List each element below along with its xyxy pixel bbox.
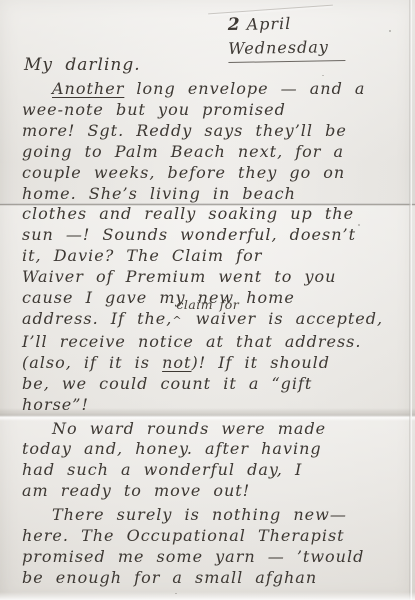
date-day: 2 (228, 15, 241, 35)
handwritten-line: going to Palm Beach next, for a (22, 142, 389, 163)
insertion-anchor: ^claim for (172, 309, 183, 328)
handwritten-line: There surely is nothing new— (22, 505, 389, 526)
handwritten-line-with-insertion: address. If the,^claim for waiver is acc… (22, 309, 389, 332)
handwritten-line: here. The Occupational Therapist (22, 526, 389, 547)
paper-speck (389, 30, 391, 32)
letter-body: Another long envelope — and a wee-note b… (22, 79, 389, 589)
handwritten-line: more! Sgt. Reddy says they’ll be (22, 121, 389, 142)
handwritten-line: (also, if it is not)! If it should (22, 353, 389, 374)
handwritten-line: No ward rounds were made (22, 419, 389, 440)
date-weekday: Wednesday (228, 35, 345, 63)
handwritten-line: couple weeks, before they go on (22, 163, 389, 184)
handwritten-line: clothes and really soaking up the (22, 204, 389, 225)
inserted-words-above-line: claim for (176, 295, 239, 316)
weekday-line: Wednesday (228, 35, 345, 63)
handwritten-line: home. She’s living in beach (22, 184, 389, 205)
line-text: (also, if it is (22, 353, 162, 372)
handwritten-line: am ready to move out! (22, 481, 389, 502)
date-block: 2April Wednesday (228, 11, 346, 63)
handwritten-line: horse”! (22, 395, 389, 416)
handwritten-line: promised me some yarn — ’twould (22, 547, 389, 568)
paper-speck (322, 75, 324, 76)
handwritten-line: it, Davie? The Claim for (22, 246, 389, 267)
paper-sheet: 2April Wednesday My darling. Another lon… (0, 0, 415, 600)
handwritten-line: wee-note but you promised (22, 100, 389, 121)
date-month: April (246, 14, 291, 34)
handwritten-line: sun —! Sounds wonderful, doesn’t (22, 225, 389, 246)
salutation: My darling. (24, 55, 141, 75)
paragraph-1: Another long envelope — and a wee-note b… (22, 79, 389, 416)
handwritten-line: Another long envelope — and a (22, 79, 389, 100)
date-line: 2April (228, 11, 345, 37)
line-text: )! If it should (191, 353, 330, 372)
paragraph-3: There surely is nothing new— here. The O… (22, 505, 389, 589)
underlined-word: not (162, 353, 191, 372)
paper-edge-right (409, 0, 412, 600)
paper-speck (175, 593, 177, 594)
handwritten-line: today and, honey. after having (22, 439, 389, 460)
paragraph-2: No ward rounds were made today and, hone… (22, 419, 389, 503)
line-text: address. If the, (22, 309, 172, 328)
line-text: long envelope — and a (124, 79, 365, 98)
handwritten-line: Waiver of Premium went to you (22, 267, 389, 288)
handwritten-line: be enough for a small afghan (22, 568, 389, 589)
handwritten-line: had such a wonderful day, I (22, 460, 389, 481)
underlined-word: Another (52, 79, 124, 98)
handwritten-line: I’ll receive notice at that address. (22, 332, 389, 353)
letter-scan: 2April Wednesday My darling. Another lon… (0, 0, 415, 600)
handwritten-line: be, we could count it a “gift (22, 374, 389, 395)
paper-edge-bottom (0, 592, 415, 600)
